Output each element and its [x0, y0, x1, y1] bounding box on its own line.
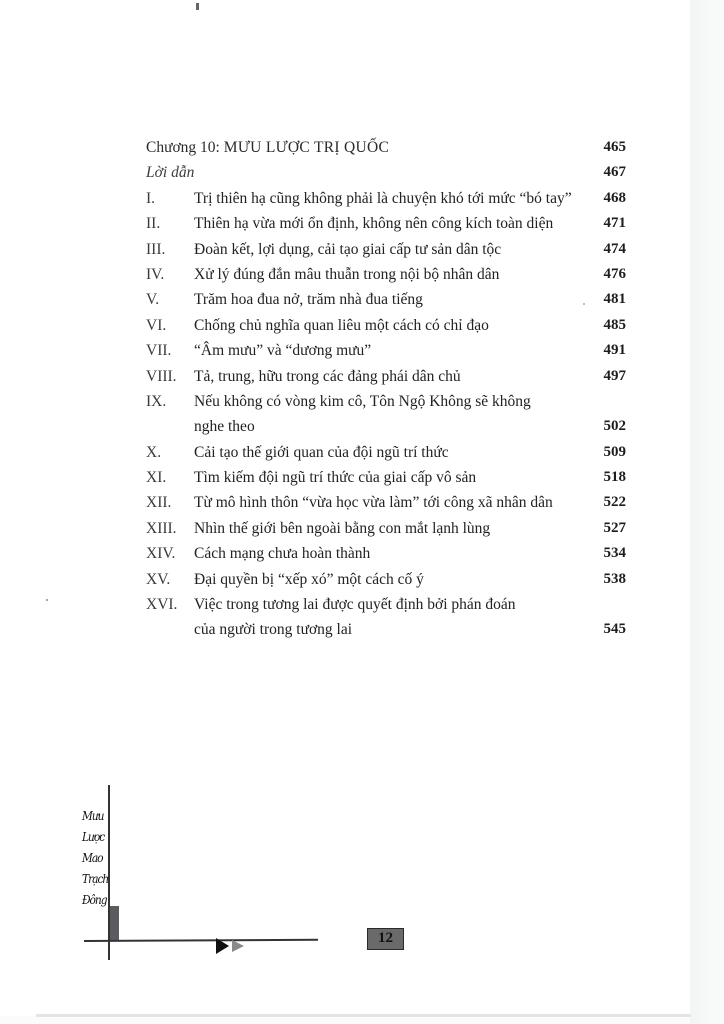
toc-entry: XVI.Việc trong tương lai được quyết định…: [146, 592, 626, 617]
entry-title: Nhìn thế giới bên ngoài bằng con mắt lạn…: [194, 516, 490, 541]
toc-entry: XIII.Nhìn thế giới bên ngoài bằng con mắ…: [146, 516, 626, 541]
chapter-title: Chương 10: MƯU LƯỢC TRỊ QUỐC: [146, 135, 389, 160]
entry-page-number: 527: [604, 516, 627, 541]
page-bottom-edge: [36, 1014, 691, 1017]
toc-intro: Lời dẫn 467: [146, 160, 626, 185]
toc-entry: XII.Từ mô hình thôn “vừa học vừa làm” tớ…: [146, 490, 626, 515]
table-of-contents: Chương 10: MƯU LƯỢC TRỊ QUỐC 465 Lời dẫn…: [146, 135, 626, 643]
book-title-word: Lược: [82, 826, 108, 847]
toc-entry: II.Thiên hạ vừa mới ổn định, không nên c…: [146, 211, 626, 236]
scan-speck: [46, 599, 48, 601]
entry-numeral: XI.: [146, 465, 166, 490]
entry-title: nghe theo: [194, 414, 255, 439]
toc-entry: IX.Nếu không có vòng kim cô, Tôn Ngộ Khô…: [146, 389, 626, 414]
entry-numeral: XIII.: [146, 516, 177, 541]
entry-title: của người trong tương lai: [194, 617, 352, 642]
toc-entries: I.Trị thiên hạ cũng không phải là chuyện…: [146, 186, 626, 643]
entry-numeral: X.: [146, 440, 161, 465]
entry-page-number: 518: [604, 465, 627, 490]
book-title-word: Mưu: [82, 805, 108, 826]
entry-page-number: 502: [604, 414, 627, 439]
entry-title: Đại quyền bị “xếp xó” một cách cố ý: [194, 567, 424, 592]
entry-title: Chống chủ nghĩa quan liêu một cách có ch…: [194, 313, 489, 338]
book-title-word: Mao: [82, 847, 108, 868]
entry-title: Việc trong tương lai được quyết định bởi…: [194, 592, 516, 617]
entry-numeral: V.: [146, 287, 159, 312]
toc-entry: XV.Đại quyền bị “xếp xó” một cách cố ý53…: [146, 567, 626, 592]
entry-page-number: 509: [604, 440, 627, 465]
entry-title: Đoàn kết, lợi dụng, cải tạo giai cấp tư …: [194, 237, 501, 262]
toc-entry: V.Trăm hoa đua nở, trăm nhà đua tiếng481: [146, 287, 626, 312]
entry-numeral: I.: [146, 186, 155, 211]
entry-numeral: IV.: [146, 262, 164, 287]
entry-numeral: VIII.: [146, 364, 177, 389]
entry-numeral: XV.: [146, 567, 170, 592]
toc-entry: VI.Chống chủ nghĩa quan liêu một cách có…: [146, 313, 626, 338]
entry-numeral: III.: [146, 237, 165, 262]
footer-bar-marker: [110, 906, 119, 940]
toc-chapter-heading: Chương 10: MƯU LƯỢC TRỊ QUỐC 465: [146, 135, 626, 160]
entry-title: Từ mô hình thôn “vừa học vừa làm” tới cô…: [194, 490, 553, 515]
scan-mark: [196, 3, 199, 10]
entry-title: Cải tạo thế giới quan của đội ngũ trí th…: [194, 440, 449, 465]
entry-numeral: VII.: [146, 338, 171, 363]
entry-title: Nếu không có vòng kim cô, Tôn Ngộ Không …: [194, 389, 531, 414]
entry-page-number: 497: [604, 364, 627, 389]
page-edge: [690, 0, 724, 1024]
entry-page-number: 485: [604, 313, 627, 338]
play-arrow-light-icon: [232, 940, 244, 952]
entry-title: Tìm kiếm đội ngũ trí thức của giai cấp v…: [194, 465, 476, 490]
entry-page-number: 534: [604, 541, 627, 566]
entry-page-number: 474: [604, 237, 627, 262]
toc-entry: IV.Xử lý đúng đắn mâu thuẫn trong nội bộ…: [146, 262, 626, 287]
entry-title: Cách mạng chưa hoàn thành: [194, 541, 370, 566]
toc-entry: X.Cải tạo thế giới quan của đội ngũ trí …: [146, 440, 626, 465]
intro-page-number: 467: [604, 160, 627, 185]
entry-title: Thiên hạ vừa mới ổn định, không nên công…: [194, 211, 553, 236]
entry-page-number: 476: [604, 262, 627, 287]
play-arrow-dark-icon: [216, 938, 229, 954]
entry-numeral: XII.: [146, 490, 171, 515]
toc-entry: XIV.Cách mạng chưa hoàn thành534: [146, 541, 626, 566]
toc-entry: của người trong tương lai545: [146, 617, 626, 642]
entry-title: Trị thiên hạ cũng không phải là chuyện k…: [194, 186, 572, 211]
chapter-name: MƯU LƯỢC TRỊ QUỐC: [224, 139, 389, 156]
book-title-word: Đông: [82, 889, 108, 910]
toc-entry: III.Đoàn kết, lợi dụng, cải tạo giai cấp…: [146, 237, 626, 262]
book-title-word: Trạch: [82, 868, 108, 889]
entry-page-number: 481: [604, 287, 627, 312]
entry-page-number: 491: [604, 338, 627, 363]
entry-page-number: 471: [604, 211, 627, 236]
entry-title: “Âm mưu” và “dương mưu”: [194, 338, 371, 363]
book-title-vertical: MưuLượcMaoTrạchĐông: [82, 805, 108, 910]
entry-page-number: 538: [604, 567, 627, 592]
entry-numeral: VI.: [146, 313, 166, 338]
page-number-badge: 12: [367, 928, 404, 950]
entry-page-number: 468: [604, 186, 627, 211]
chapter-label: Chương 10:: [146, 139, 220, 156]
intro-title: Lời dẫn: [146, 160, 194, 185]
toc-entry: VII.“Âm mưu” và “dương mưu”491: [146, 338, 626, 363]
entry-numeral: IX.: [146, 389, 166, 414]
entry-numeral: XVI.: [146, 592, 177, 617]
entry-page-number: 545: [604, 617, 627, 642]
entry-title: Tả, trung, hữu trong các đảng phái dân c…: [194, 364, 461, 389]
entry-title: Xử lý đúng đắn mâu thuẫn trong nội bộ nh…: [194, 262, 499, 287]
toc-entry: VIII.Tả, trung, hữu trong các đảng phái …: [146, 364, 626, 389]
entry-page-number: 522: [604, 490, 627, 515]
chapter-page-number: 465: [604, 135, 627, 160]
toc-entry: nghe theo502: [146, 414, 626, 439]
toc-entry: XI.Tìm kiếm đội ngũ trí thức của giai cấ…: [146, 465, 626, 490]
entry-numeral: II.: [146, 211, 160, 236]
entry-numeral: XIV.: [146, 541, 175, 566]
toc-entry: I.Trị thiên hạ cũng không phải là chuyện…: [146, 186, 626, 211]
entry-title: Trăm hoa đua nở, trăm nhà đua tiếng: [194, 287, 423, 312]
